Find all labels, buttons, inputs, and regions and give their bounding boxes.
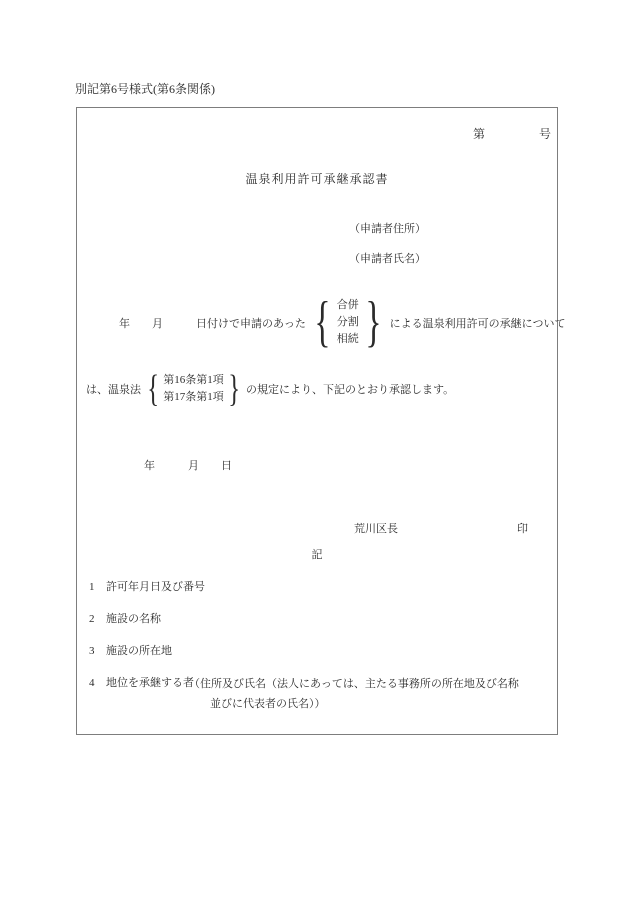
law-article-options: { 第16条第1項 第17条第1項 }	[144, 372, 243, 406]
right-brace-icon: }	[365, 297, 381, 348]
article-option-stack: 第16条第1項 第17条第1項	[163, 372, 224, 406]
option-article16: 第16条第1項	[163, 372, 224, 389]
applicant-address-label: （申請者住所）	[349, 220, 426, 236]
applicant-name-label: （申請者氏名）	[349, 250, 426, 266]
option-article17: 第17条第1項	[163, 389, 224, 406]
application-sentence: 年 月 日付けで申請のあった { 合併 分割 相続 } による温泉利用許可の承継…	[119, 297, 565, 348]
option-inheritance: 相続	[337, 331, 359, 348]
right-brace-icon: }	[228, 372, 240, 406]
left-brace-icon: {	[147, 372, 159, 406]
law-reference-text: は、温泉法	[86, 381, 141, 397]
item4-note: （住所及び氏名（法人にあっては、主たる事務所の所在地及び名称 並びに代表者の氏名…	[189, 674, 519, 714]
item-text: 施設の所在地	[106, 645, 172, 657]
form-number-label: 別記第6号様式(第6条関係)	[75, 80, 215, 97]
option-merger: 合併	[337, 297, 359, 314]
item-text: 許可年月日及び番号	[106, 581, 205, 593]
document-title: 温泉利用許可承継承認書	[77, 170, 557, 187]
approval-after-text: の規定により、下記のとおり承認します。	[246, 381, 454, 397]
item4-note-line1: （住所及び氏名（法人にあっては、主たる事務所の所在地及び名称	[189, 674, 519, 694]
left-brace-icon: {	[314, 297, 330, 348]
approval-date-line: 年 月 日	[144, 457, 232, 473]
doc-number-prefix: 第	[473, 127, 485, 141]
list-item: 4地位を承継する者	[89, 674, 194, 690]
item-number: 1	[89, 581, 106, 593]
succession-type-options: { 合併 分割 相続 }	[309, 297, 387, 348]
seal-mark: 印	[517, 520, 528, 536]
approval-sentence: は、温泉法 { 第16条第1項 第17条第1項 } の規定により、下記のとおり承…	[86, 372, 454, 406]
list-item: 3施設の所在地	[89, 642, 172, 658]
item-number: 3	[89, 645, 106, 657]
item4-note-line2: 並びに代表者の氏名））	[210, 694, 519, 714]
doc-number-suffix: 号	[539, 127, 551, 141]
signer-name: 荒川区長	[354, 520, 398, 536]
succession-option-stack: 合併 分割 相続	[337, 297, 359, 348]
record-heading: 記	[77, 546, 557, 562]
item-text: 施設の名称	[106, 613, 161, 625]
document-number-line: 第号	[473, 125, 551, 142]
item-number: 2	[89, 613, 106, 625]
application-after-text: による温泉利用許可の承継について	[390, 315, 566, 331]
list-item: 2施設の名称	[89, 610, 161, 626]
list-item: 1許可年月日及び番号	[89, 578, 205, 594]
document-border-box: 第号 温泉利用許可承継承認書 （申請者住所） （申請者氏名） 年 月 日付けで申…	[76, 107, 558, 735]
application-date-text: 年 月 日付けで申請のあった	[119, 315, 306, 331]
item-number: 4	[89, 677, 106, 689]
option-split: 分割	[337, 314, 359, 331]
document-page: 別記第6号様式(第6条関係) 第号 温泉利用許可承継承認書 （申請者住所） （申…	[0, 0, 630, 915]
item-text: 地位を承継する者	[106, 677, 194, 689]
